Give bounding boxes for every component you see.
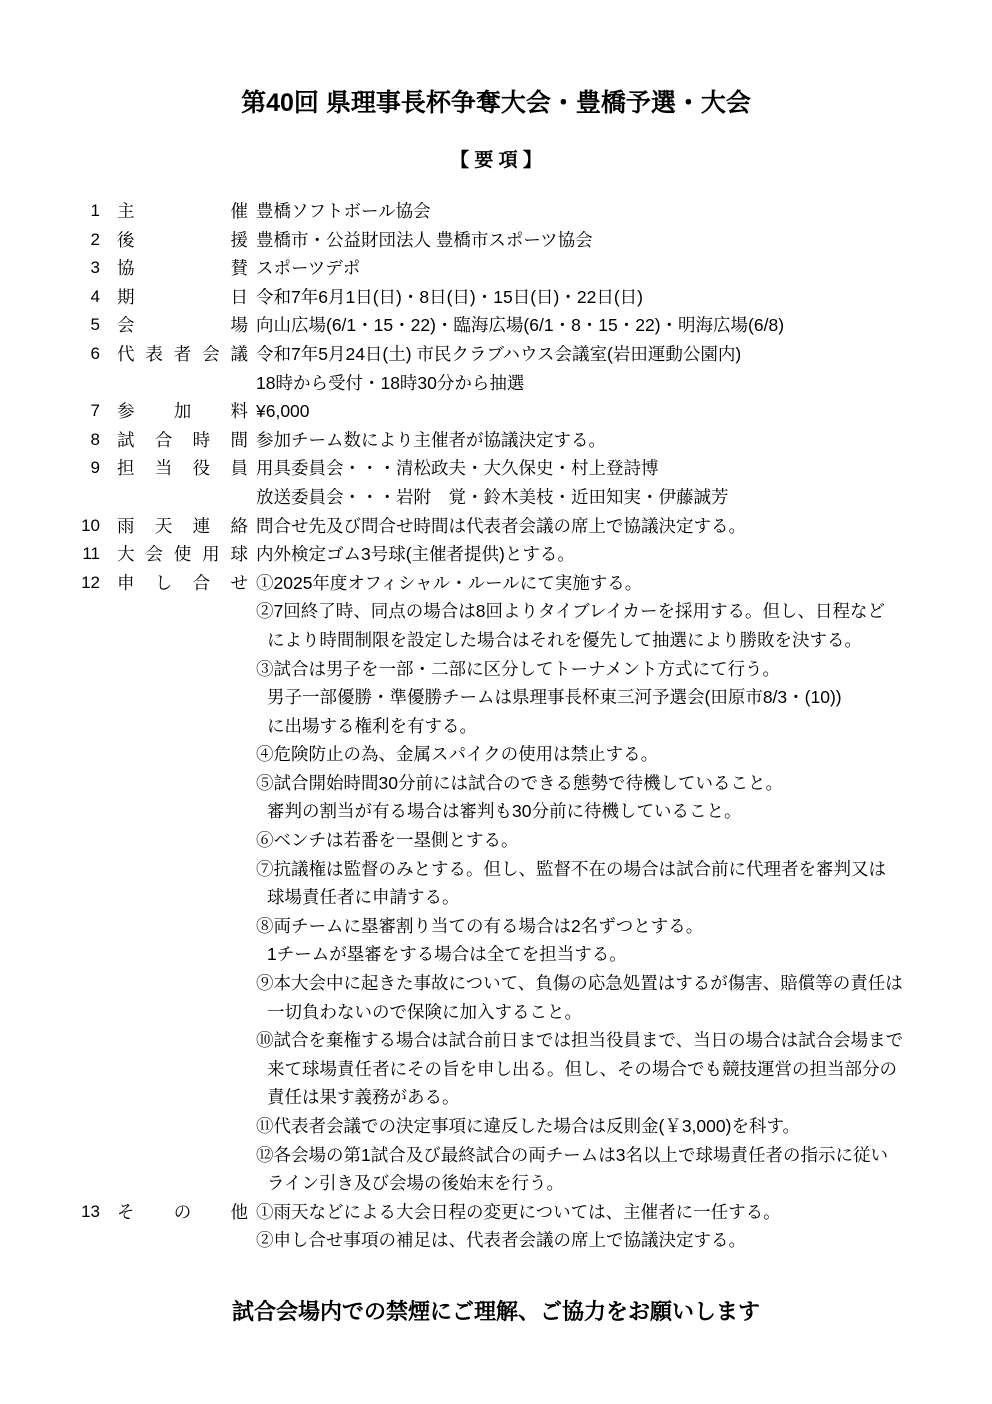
item-label-char: 球 — [231, 540, 249, 569]
list-item: 10雨天連絡問合せ先及び問合せ時間は代表者会議の席上で協議決定する。 — [0, 512, 992, 541]
content-line: 令和7年6月1日(日)・8日(日)・15日(日)・22日(日) — [256, 283, 643, 312]
item-label: 会場 — [117, 311, 248, 340]
item-label-char: 会 — [145, 540, 163, 569]
content-line: 18時から受付・18時30分から抽選 — [256, 369, 741, 398]
content-line: 参加チーム数により主催者が協議決定する。 — [256, 426, 606, 455]
item-label-char: 日 — [231, 283, 249, 312]
item-label: 担当役員 — [117, 454, 248, 483]
content-line: ⑦抗議権は監督のみとする。但し、監督不在の場合は試合前に代理者を審判又は — [256, 855, 903, 884]
items-list: 1主催豊橋ソフトボール協会2後援豊橋市・公益財団法人 豊橋市スポーツ協会3協賛ス… — [0, 197, 992, 1255]
list-item: 9担当役員用具委員会・・・清松政夫・大久保史・村上登詩博放送委員会・・・岩附 覚… — [0, 454, 992, 511]
item-content: スポーツデポ — [256, 254, 360, 283]
item-label-char: 合 — [155, 426, 173, 455]
item-label-char: そ — [117, 1198, 135, 1227]
content-line: ライン引き及び会場の後始末を行う。 — [256, 1169, 903, 1198]
content-line: 一切負わないので保険に加入すること。 — [256, 998, 903, 1027]
item-label-char: 代 — [117, 340, 135, 369]
list-item: 3協賛スポーツデポ — [0, 254, 992, 283]
document-page: 第40回 県理事長杯争奪大会・豊橋予選・大会 【 要 項 】 1主催豊橋ソフトボ… — [0, 0, 992, 1404]
item-label-char: 連 — [193, 512, 211, 541]
item-label-char: 申 — [117, 569, 135, 598]
item-label-char: 会 — [202, 340, 220, 369]
item-label: 雨天連絡 — [117, 512, 248, 541]
item-label: その他 — [117, 1198, 248, 1227]
content-line: ⑧両チームに塁審割り当ての有る場合は2名ずつとする。 — [256, 912, 903, 941]
item-label-char: 合 — [193, 569, 211, 598]
content-line: ④危険防止の為、金属スパイクの使用は禁止する。 — [256, 740, 903, 769]
content-line: ⑤試合開始時間30分前には試合のできる態勢で待機していること。 — [256, 769, 903, 798]
list-item: 6代表者会議令和7年5月24日(土) 市民クラブハウス会議室(岩田運動公園内)1… — [0, 340, 992, 397]
item-content: ¥6,000 — [256, 397, 310, 426]
content-line: 豊橋市・公益財団法人 豊橋市スポーツ協会 — [256, 226, 593, 255]
list-item: 11大会使用球内外検定ゴム3号球(主催者提供)とする。 — [0, 540, 992, 569]
content-line: ⑫各会場の第1試合及び最終試合の両チームは3名以上で球場責任者の指示に従い — [256, 1141, 903, 1170]
item-number: 8 — [60, 426, 100, 455]
content-line: 男子一部優勝・準優勝チームは県理事長杯東三河予選会(田原市8/3・(10)) — [256, 683, 903, 712]
item-label-char: 援 — [231, 226, 249, 255]
item-label: 協賛 — [117, 254, 248, 283]
content-line: ①雨天などによる大会日程の変更については、主催者に一任する。 — [256, 1198, 781, 1227]
item-content: 令和7年6月1日(日)・8日(日)・15日(日)・22日(日) — [256, 283, 643, 312]
item-label-char: 主 — [117, 197, 135, 226]
item-label: 後援 — [117, 226, 248, 255]
page-title: 第40回 県理事長杯争奪大会・豊橋予選・大会 — [0, 0, 992, 118]
item-label-char: 雨 — [117, 512, 135, 541]
item-label-char: の — [174, 1198, 192, 1227]
content-line: 問合せ先及び問合せ時間は代表者会議の席上で協議決定する。 — [256, 512, 746, 541]
item-label: 試合時間 — [117, 426, 248, 455]
content-line: ⑪代表者会議での決定事項に違反した場合は反則金(￥3,000)を科す。 — [256, 1112, 903, 1141]
item-content: 問合せ先及び問合せ時間は代表者会議の席上で協議決定する。 — [256, 512, 746, 541]
page-subtitle: 【 要 項 】 — [0, 149, 992, 173]
content-line: 令和7年5月24日(土) 市民クラブハウス会議室(岩田運動公園内) — [256, 340, 741, 369]
item-label-char: 者 — [174, 340, 192, 369]
item-label-char: 使 — [174, 540, 192, 569]
content-line: ⑨本大会中に起きた事故について、負傷の応急処置はするが傷害、賠償等の責任は — [256, 969, 903, 998]
item-label: 大会使用球 — [117, 540, 248, 569]
item-content: 向山広場(6/1・15・22)・臨海広場(6/1・8・15・22)・明海広場(6… — [256, 311, 784, 340]
item-number: 3 — [60, 254, 100, 283]
item-label-char: 参 — [117, 397, 135, 426]
content-line: 豊橋ソフトボール協会 — [256, 197, 431, 226]
item-content: 令和7年5月24日(土) 市民クラブハウス会議室(岩田運動公園内)18時から受付… — [256, 340, 741, 397]
item-label-char: 間 — [230, 426, 248, 455]
item-label-char: 他 — [231, 1198, 249, 1227]
item-content: ①雨天などによる大会日程の変更については、主催者に一任する。②申し合せ事項の補足… — [256, 1198, 781, 1255]
item-number: 9 — [60, 454, 100, 483]
item-number: 11 — [60, 540, 100, 569]
content-line: スポーツデポ — [256, 254, 360, 283]
list-item: 12申し合せ①2025年度オフィシャル・ルールにて実施する。②7回終了時、同点の… — [0, 569, 992, 1198]
item-number: 2 — [60, 226, 100, 255]
item-label-char: 賛 — [231, 254, 249, 283]
content-line: 来て球場責任者にその旨を申し出る。但し、その場合でも競技運営の担当部分の — [256, 1055, 903, 1084]
list-item: 1主催豊橋ソフトボール協会 — [0, 197, 992, 226]
content-line: ②7回終了時、同点の場合は8回よりタイブレイカーを採用する。但し、日程など — [256, 597, 903, 626]
item-label-char: 料 — [231, 397, 249, 426]
item-label-char: 議 — [231, 340, 249, 369]
list-item: 8試合時間参加チーム数により主催者が協議決定する。 — [0, 426, 992, 455]
item-label: 代表者会議 — [117, 340, 248, 369]
item-number: 13 — [60, 1198, 100, 1227]
item-label-char: 時 — [193, 426, 211, 455]
list-item: 13その他①雨天などによる大会日程の変更については、主催者に一任する。②申し合せ… — [0, 1198, 992, 1255]
content-line: 放送委員会・・・岩附 覚・鈴木美枝・近田知実・伊藤誠芳 — [256, 483, 729, 512]
content-line: に出場する権利を有する。 — [256, 712, 903, 741]
footer-note: 試合会場内での禁煙にご理解、ご協力をお願いします — [0, 1298, 992, 1325]
item-label-char: 会 — [117, 311, 135, 340]
content-line: 内外検定ゴム3号球(主催者提供)とする。 — [256, 540, 575, 569]
item-label-char: 協 — [117, 254, 135, 283]
item-label-char: 場 — [231, 311, 249, 340]
item-label-char: 員 — [230, 454, 248, 483]
content-line: 球場責任者に申請する。 — [256, 883, 903, 912]
item-number: 1 — [60, 197, 100, 226]
item-label-char: 後 — [117, 226, 135, 255]
content-line: により時間制限を設定した場合はそれを優先して抽選により勝敗を決する。 — [256, 626, 903, 655]
item-number: 4 — [60, 283, 100, 312]
content-line: ②申し合せ事項の補足は、代表者会議の席上で協議決定する。 — [256, 1226, 781, 1255]
item-label: 主催 — [117, 197, 248, 226]
content-line: ⑩試合を棄権する場合は試合前日までは担当役員まで、当日の場合は試合会場まで — [256, 1026, 903, 1055]
list-item: 5会場向山広場(6/1・15・22)・臨海広場(6/1・8・15・22)・明海広… — [0, 311, 992, 340]
item-label-char: せ — [230, 569, 248, 598]
item-label-char: 表 — [145, 340, 163, 369]
item-label-char: 当 — [155, 454, 173, 483]
content-line: 審判の割当が有る場合は審判も30分前に待機していること。 — [256, 797, 903, 826]
item-label-char: 大 — [117, 540, 135, 569]
item-number: 10 — [60, 512, 100, 541]
list-item: 4期日令和7年6月1日(日)・8日(日)・15日(日)・22日(日) — [0, 283, 992, 312]
content-line: 責任は果す義務がある。 — [256, 1083, 903, 1112]
list-item: 7参加料¥6,000 — [0, 397, 992, 426]
item-number: 7 — [60, 397, 100, 426]
content-line: 1チームが塁審をする場合は全てを担当する。 — [256, 940, 903, 969]
item-content: 豊橋ソフトボール協会 — [256, 197, 431, 226]
item-label-char: し — [155, 569, 173, 598]
item-content: 用具委員会・・・清松政夫・大久保史・村上登詩博放送委員会・・・岩附 覚・鈴木美枝… — [256, 454, 729, 511]
item-number: 12 — [60, 569, 100, 598]
item-label-char: 加 — [174, 397, 192, 426]
item-label-char: 絡 — [230, 512, 248, 541]
list-item: 2後援豊橋市・公益財団法人 豊橋市スポーツ協会 — [0, 226, 992, 255]
content-line: 向山広場(6/1・15・22)・臨海広場(6/1・8・15・22)・明海広場(6… — [256, 311, 784, 340]
item-label-char: 天 — [155, 512, 173, 541]
item-label-char: 役 — [193, 454, 211, 483]
item-content: 参加チーム数により主催者が協議決定する。 — [256, 426, 606, 455]
item-label: 申し合せ — [117, 569, 248, 598]
item-label-char: 催 — [231, 197, 249, 226]
item-label: 期日 — [117, 283, 248, 312]
content-line: ¥6,000 — [256, 397, 310, 426]
item-number: 5 — [60, 311, 100, 340]
item-number: 6 — [60, 340, 100, 369]
item-content: ①2025年度オフィシャル・ルールにて実施する。②7回終了時、同点の場合は8回よ… — [256, 569, 903, 1198]
item-content: 豊橋市・公益財団法人 豊橋市スポーツ協会 — [256, 226, 593, 255]
content-line: 用具委員会・・・清松政夫・大久保史・村上登詩博 — [256, 454, 729, 483]
item-label: 参加料 — [117, 397, 248, 426]
content-line: ⑥ベンチは若番を一塁側とする。 — [256, 826, 903, 855]
item-label-char: 試 — [117, 426, 135, 455]
item-label-char: 担 — [117, 454, 135, 483]
content-line: ①2025年度オフィシャル・ルールにて実施する。 — [256, 569, 903, 598]
content-line: ③試合は男子を一部・二部に区分してトーナメント方式にて行う。 — [256, 655, 903, 684]
item-label-char: 期 — [117, 283, 135, 312]
item-label-char: 用 — [202, 540, 220, 569]
item-content: 内外検定ゴム3号球(主催者提供)とする。 — [256, 540, 575, 569]
